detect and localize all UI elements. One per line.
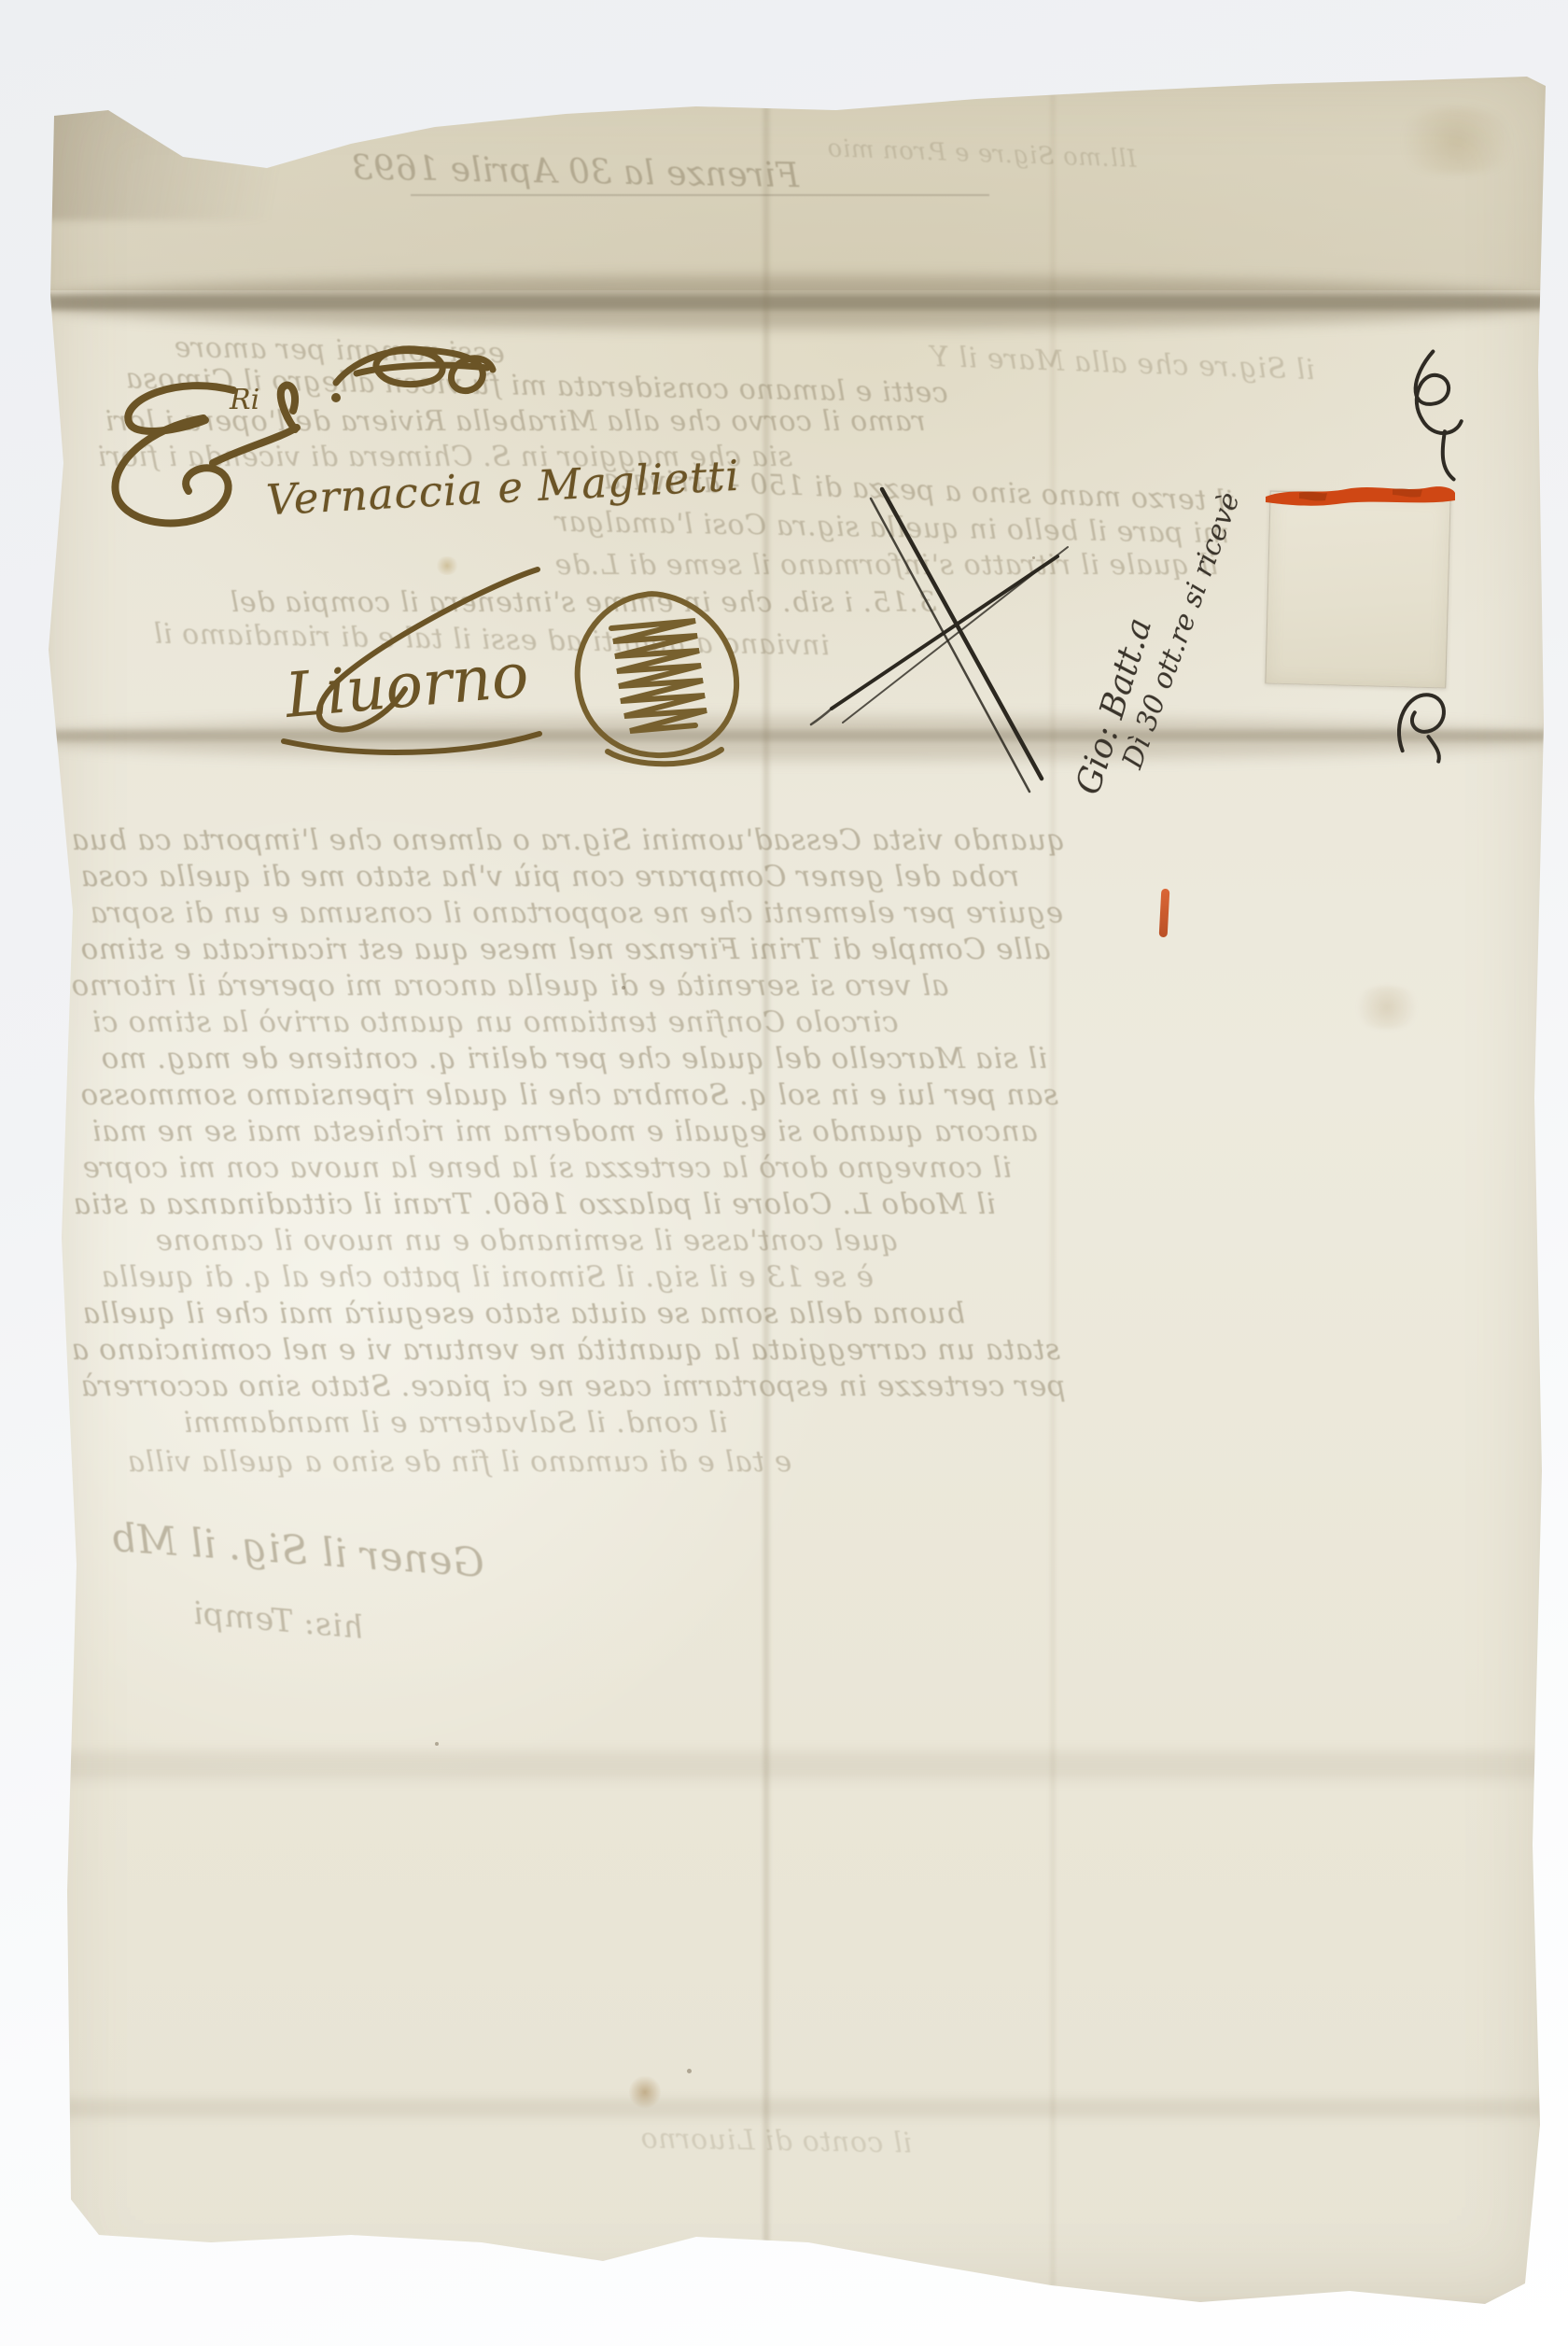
- letter-paper: Firenze la 30 Aprile 1693Ill.mo Sig.re e…: [43, 71, 1549, 2308]
- bleed-through-line: il convegno dorò la certezza sì la bene …: [82, 1151, 1012, 1185]
- city-underline-flourish: [284, 734, 539, 752]
- bleed-through-line: san per lui e in sol q. Sombra che il qu…: [80, 1078, 1058, 1112]
- bleed-through-line: alle Comple di Trini Firenze nel mese qu…: [80, 933, 1051, 966]
- bleed-through-line: roba del gener Comprare con più v'ha sta…: [80, 860, 1019, 893]
- bleed-through-line: Ill.mo Sig.re e P.ron mio: [827, 134, 1138, 174]
- bleed-through-line: buona della soma se aiuta stato eseguirà…: [82, 1297, 965, 1330]
- address-name-line: Vernaccia e Maglietti: [265, 451, 741, 526]
- bleed-through-line: il Sig.re che alla Mare il Y: [930, 341, 1316, 386]
- seal-remnant-patch: [1265, 490, 1450, 688]
- ink-speck: [435, 1742, 439, 1746]
- bleed-through-line: Gener il Sig. il Mb: [109, 1514, 486, 1586]
- initial-superscript: Ri: [229, 384, 259, 416]
- bleed-through-line: stata un carreggiata la quantità ne vent…: [71, 1333, 1060, 1367]
- vertical-fold-crease-1: [763, 71, 769, 2308]
- bleed-through-line: quando vista Cessad'uomini Sig.ra o alme…: [71, 823, 1065, 857]
- horizontal-fold-band-3: [43, 1751, 1549, 1779]
- brown-stain: [629, 2074, 661, 2110]
- corner-discoloration: [1387, 108, 1527, 174]
- horizontal-fold-crease-1: [43, 295, 1549, 310]
- postal-cross-mark-icon: [804, 480, 1112, 816]
- vertical-fold-crease-2: [1051, 71, 1055, 2308]
- red-pigment-streak: [1159, 889, 1170, 937]
- address-city-line: Liuorno: [282, 639, 532, 732]
- ink-speck: [687, 2069, 692, 2073]
- torn-corner-shading: [43, 99, 379, 220]
- bleed-through-line: il cond. il Salvaterra e il mandammi: [183, 1406, 728, 1440]
- horizontal-fold-band-1: [43, 276, 1549, 329]
- bleed-through-line: ancora quando si eguali e moderna mi ric…: [91, 1115, 1038, 1148]
- bleed-through-line: quel cont'asse il seminando e un nuovo i…: [155, 1224, 899, 1257]
- scan-background: Firenze la 30 Aprile 1693Ill.mo Sig.re e…: [0, 0, 1568, 2346]
- ink-paraph-top-icon: [1377, 335, 1496, 501]
- bleed-through-line: è se 13 e il sig. il Simoni il patto che…: [101, 1260, 874, 1294]
- bleed-through-line: il conto di Liuorno: [640, 2122, 912, 2159]
- bleed-through-line: his: Tempi: [191, 1594, 365, 1647]
- bleed-through-line: al vero si serenità e di quella ancora m…: [71, 969, 948, 1003]
- ink-paraph-bottom-icon: [1378, 674, 1466, 774]
- bleed-through-line: per certezze in esportarmi case ne ci pi…: [80, 1370, 1066, 1403]
- ink-speck: [622, 986, 625, 990]
- ink-speck: [1032, 556, 1035, 559]
- bleed-through-line: eguire per elementi che ne sopportano il…: [90, 896, 1063, 930]
- faint-ruled-stroke: [411, 194, 989, 196]
- city-line-group: Liuorno: [230, 556, 594, 780]
- crossed-loop-monogram-icon: [329, 325, 515, 414]
- horizontal-fold-band-4: [43, 2099, 1549, 2117]
- bleed-through-line: il Modo L. Colore il palazzo 1660. Trani…: [73, 1187, 996, 1221]
- bleed-through-line: il sia Marcello del quale che per deliri…: [101, 1042, 1047, 1075]
- bleed-through-line: circolo Confine tentiamo un quanto arriv…: [91, 1005, 899, 1039]
- bleed-through-line: e tal e di cumano il fin de sino a quell…: [127, 1445, 791, 1479]
- bleed-through-line: Firenze la 30 Aprile 1693: [351, 149, 800, 195]
- tan-blotch: [1350, 986, 1424, 1029]
